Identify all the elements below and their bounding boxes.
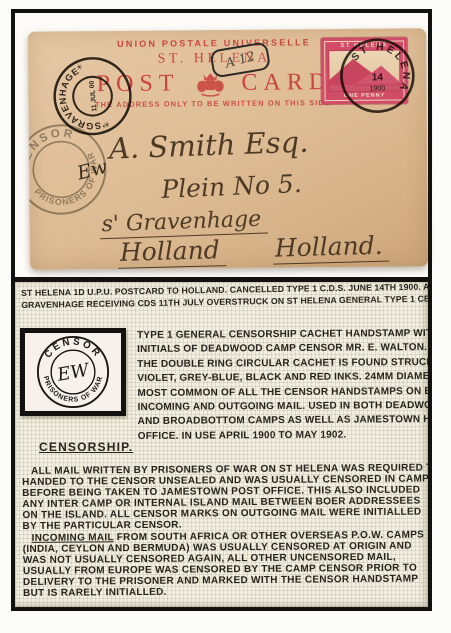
censor-cachet-drawing: CENSOR PRISONERS OF WAR EW <box>34 333 112 411</box>
album-page-scan: UNION POSTALE UNIVERSELLE ST. HELENA POS… <box>0 0 451 633</box>
item-caption: ST HELENA 1D U.P.U. POSTCARD TO HOLLAND.… <box>21 282 428 311</box>
address-line-country-2: Holland. <box>272 231 389 265</box>
cachet-type-note: TYPE 1 GENERAL CENSORSHIP CACHET HANDSTA… <box>137 327 428 445</box>
page-border-frame: UNION POSTALE UNIVERSELLE ST. HELENA POS… <box>11 9 432 611</box>
postcard: UNION POSTALE UNIVERSELLE ST. HELENA POS… <box>28 28 428 269</box>
card-word: CARD <box>241 69 332 97</box>
note-line: AND BROADBOTTOM CAMPS AS WELL AS JAMESTO… <box>138 413 428 430</box>
svg-text:EW: EW <box>55 359 92 386</box>
svg-text:11 JUL 00: 11 JUL 00 <box>89 80 99 112</box>
censorship-heading: CENSORSHIP. <box>39 440 133 454</box>
censorship-body: ALL MAIL WRITTEN BY PRISONERS OF WAR ON … <box>22 462 428 599</box>
note-line: VIOLET, GREY-BLUE, BLACK AND RED INKS. 2… <box>137 370 428 387</box>
svg-text:1900: 1900 <box>370 85 386 92</box>
svg-text:ST HELENA: ST HELENA <box>349 28 425 96</box>
address-line-country: Holland <box>118 235 227 269</box>
censor-cachet-display: CENSOR PRISONERS OF WAR EW <box>20 328 126 416</box>
boxed-handstamp-text: A 12 <box>224 49 257 71</box>
address-line-street: Plein No 5. <box>161 169 303 204</box>
svg-text:14: 14 <box>372 72 384 83</box>
album-annotation-area: ST HELENA 1D U.P.U. POSTCARD TO HOLLAND.… <box>15 282 428 607</box>
postcard-mount-area: UNION POSTALE UNIVERSELLE ST. HELENA POS… <box>15 13 428 277</box>
address-line-city: s' Gravenhage <box>99 206 267 239</box>
address-line-name: A. Smith Esq. <box>108 125 308 166</box>
svg-text:CENSOR: CENSOR <box>43 336 104 360</box>
note-line: OFFICE. IN USE APRIL 1900 TO MAY 1902. <box>138 428 428 445</box>
